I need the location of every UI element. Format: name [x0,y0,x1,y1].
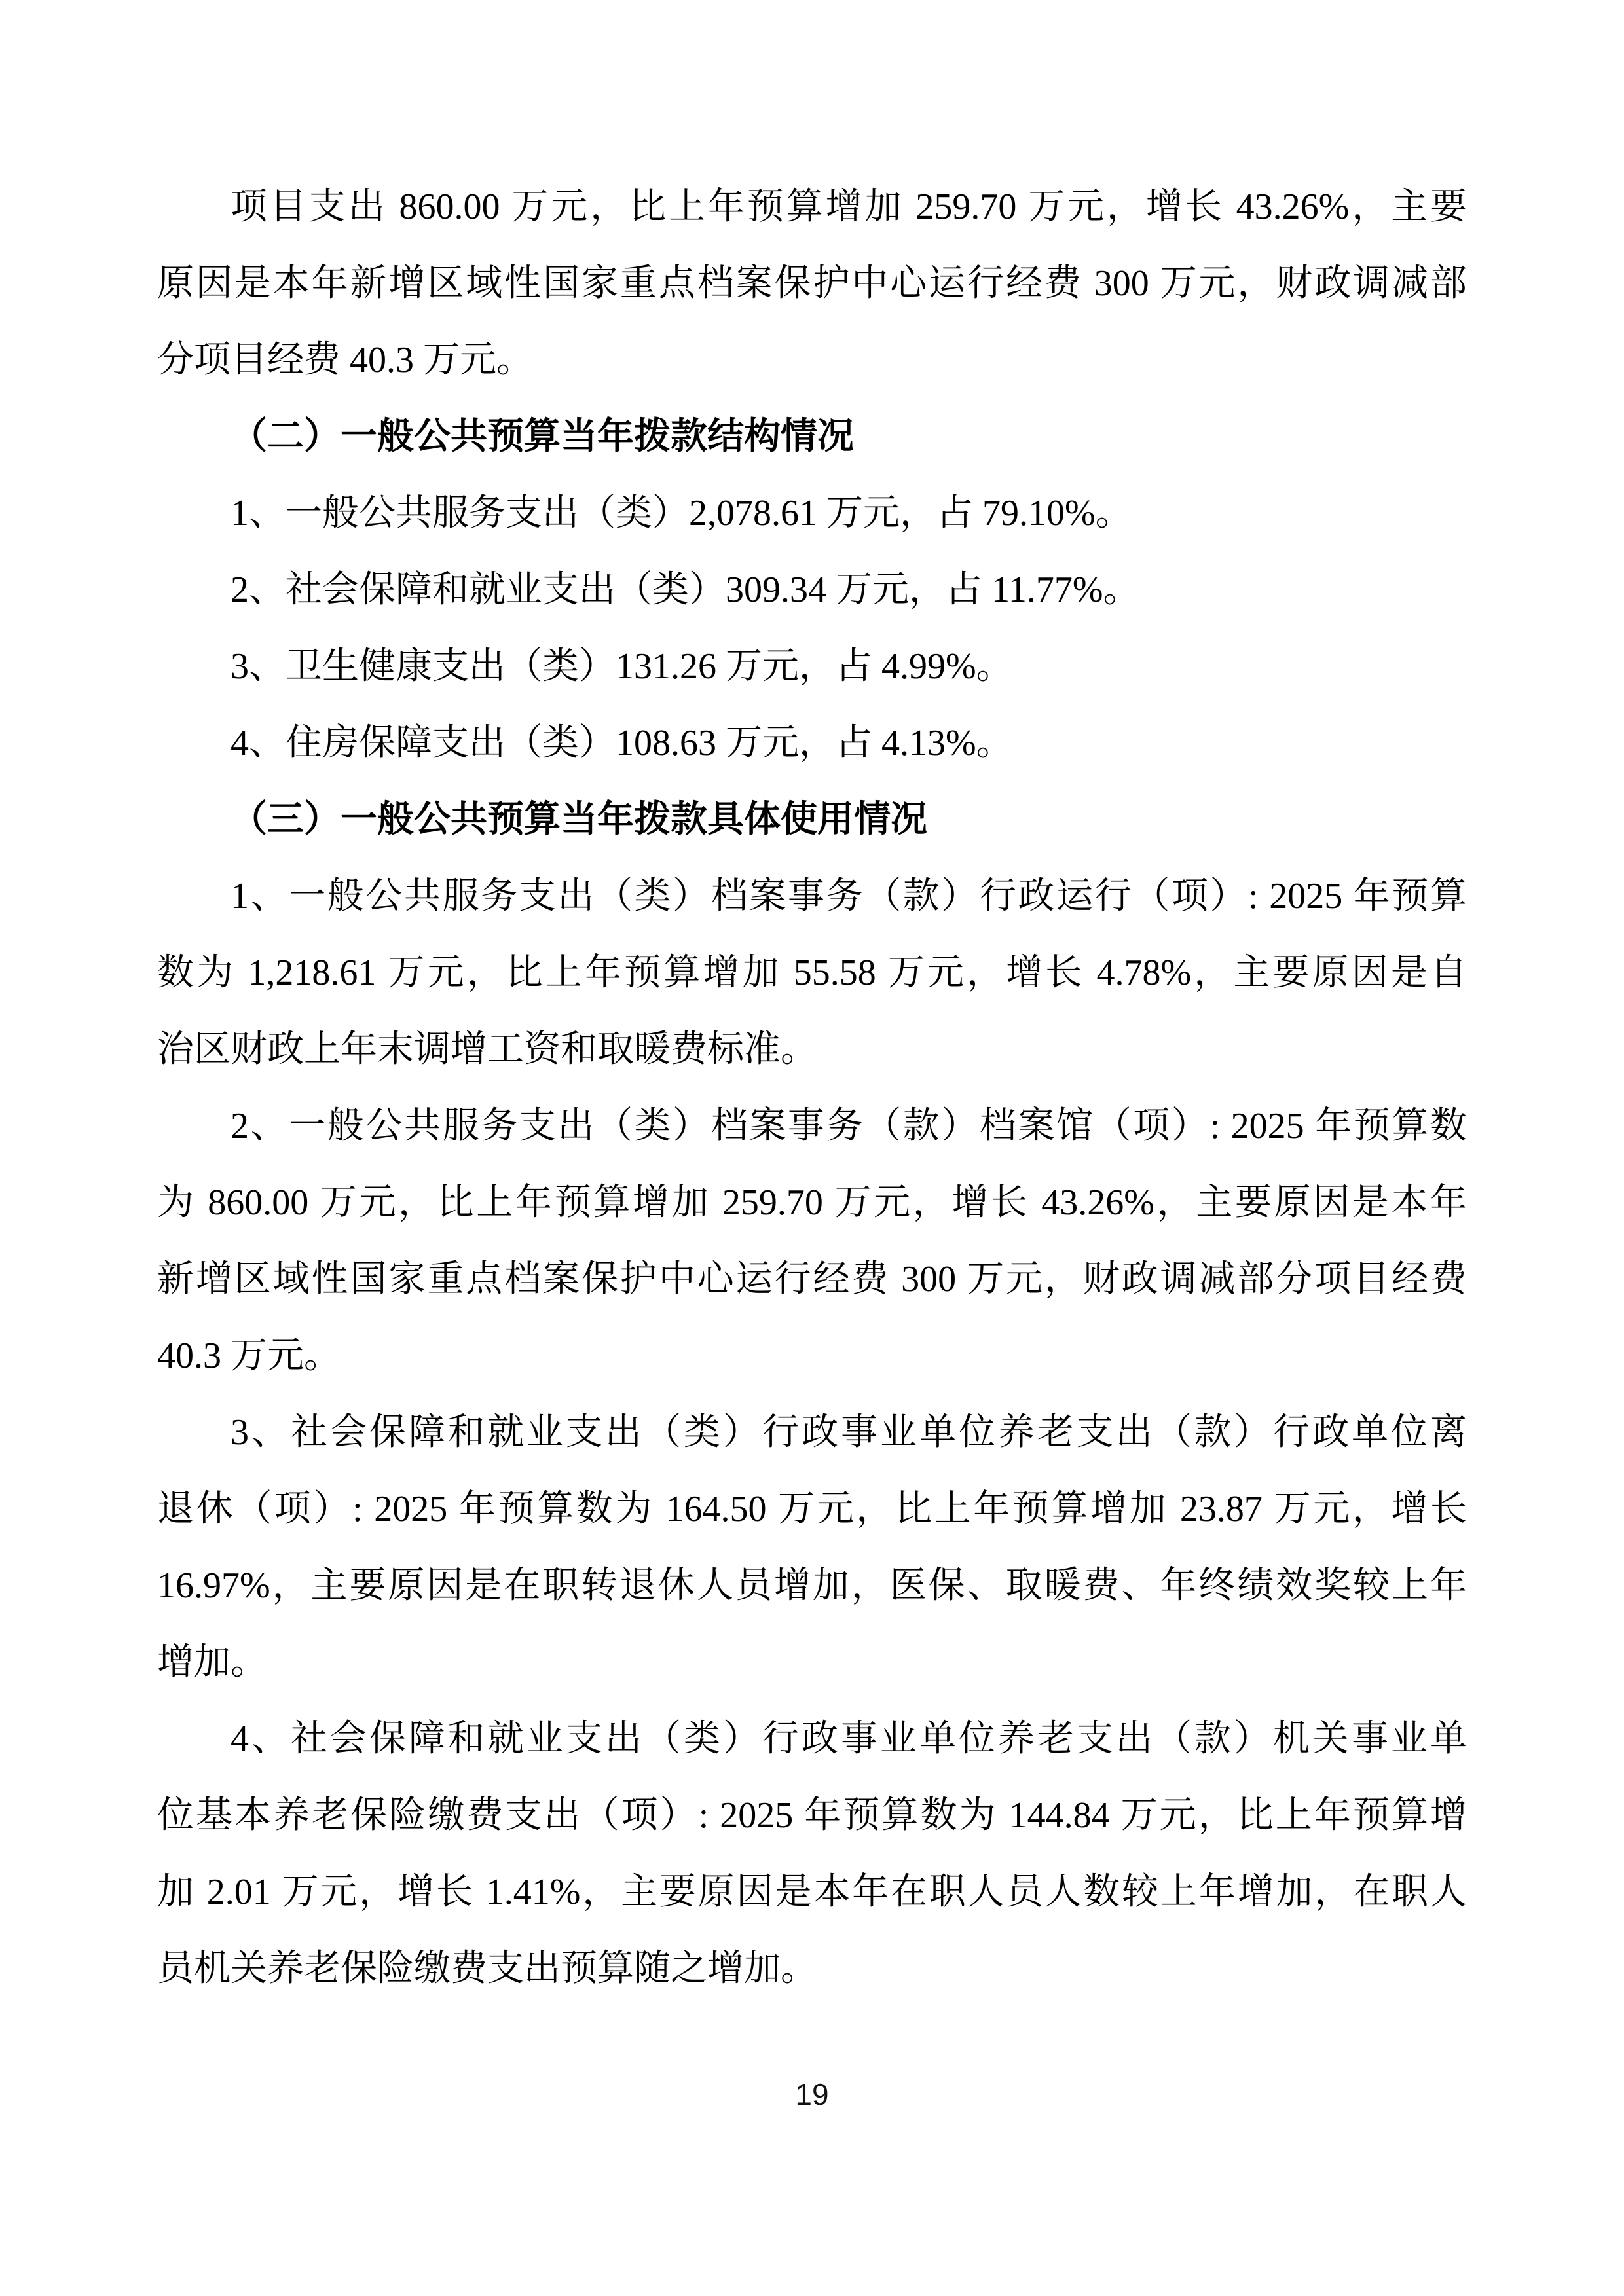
item-structure-1: 1、一般公共服务支出（类）2,078.61 万元，占 79.10%。 [157,475,1467,552]
text-line: 员机关养老保险缴费支出预算随之增加。 [157,1931,1467,2007]
text-line: 加 2.01 万元，增长 1.41%，主要原因是本年在职人员人数较上年增加，在职… [157,1854,1467,1931]
item-detail-4: 4、社会保障和就业支出（类）行政事业单位养老支出（款）机关事业单 位基本养老保险… [157,1701,1467,2007]
text-line: 位基本养老保险缴费支出（项）: 2025 年预算数为 144.84 万元，比上年… [157,1777,1467,1854]
para-project-expenditure: 项目支出 860.00 万元，比上年预算增加 259.70 万元，增长 43.2… [157,169,1467,399]
text-line: 3、卫生健康支出（类）131.26 万元，占 4.99%。 [157,629,1467,705]
text-line: 1、一般公共服务支出（类）2,078.61 万元，占 79.10%。 [157,475,1467,552]
item-detail-2: 2、一般公共服务支出（类）档案事务（款）档案馆（项）: 2025 年预算数 为 … [157,1088,1467,1394]
item-structure-4: 4、住房保障支出（类）108.63 万元，占 4.13%。 [157,705,1467,782]
text-line: 3、社会保障和就业支出（类）行政事业单位养老支出（款）行政单位离 [157,1394,1467,1471]
text-line: 增加。 [157,1624,1467,1701]
heading-section-2: （二）一般公共预算当年拨款结构情况 [157,399,1467,475]
item-structure-2: 2、社会保障和就业支出（类）309.34 万元，占 11.77%。 [157,552,1467,629]
item-structure-3: 3、卫生健康支出（类）131.26 万元，占 4.99%。 [157,629,1467,705]
text-line: 治区财政上年末调增工资和取暖费标准。 [157,1011,1467,1088]
text-line: 16.97%，主要原因是在职转退休人员增加，医保、取暖费、年终绩效奖较上年 [157,1548,1467,1624]
item-detail-1: 1、一般公共服务支出（类）档案事务（款）行政运行（项）: 2025 年预算 数为… [157,858,1467,1088]
text-line: 退休（项）: 2025 年预算数为 164.50 万元，比上年预算增加 23.8… [157,1471,1467,1548]
text-line: 新增区域性国家重点档案保护中心运行经费 300 万元，财政调减部分项目经费 [157,1241,1467,1318]
text-line: 2、一般公共服务支出（类）档案事务（款）档案馆（项）: 2025 年预算数 [157,1088,1467,1165]
item-detail-3: 3、社会保障和就业支出（类）行政事业单位养老支出（款）行政单位离 退休（项）: … [157,1394,1467,1701]
text-line: 4、住房保障支出（类）108.63 万元，占 4.13%。 [157,705,1467,782]
text-line: 项目支出 860.00 万元，比上年预算增加 259.70 万元，增长 43.2… [157,169,1467,246]
text-line: 原因是本年新增区域性国家重点档案保护中心运行经费 300 万元，财政调减部 [157,246,1467,322]
heading-section-3: （三）一般公共预算当年拨款具体使用情况 [157,782,1467,858]
heading-line: （三）一般公共预算当年拨款具体使用情况 [157,782,1467,858]
text-line: 2、社会保障和就业支出（类）309.34 万元，占 11.77%。 [157,552,1467,629]
text-line: 数为 1,218.61 万元，比上年预算增加 55.58 万元，增长 4.78%… [157,935,1467,1011]
a4-page: { "page": { "number": "19", "background_… [0,0,1624,2296]
text-line: 为 860.00 万元，比上年预算增加 259.70 万元，增长 43.26%，… [157,1165,1467,1241]
text-line: 1、一般公共服务支出（类）档案事务（款）行政运行（项）: 2025 年预算 [157,858,1467,935]
heading-line: （二）一般公共预算当年拨款结构情况 [157,399,1467,475]
text-line: 40.3 万元。 [157,1318,1467,1394]
document-body: 项目支出 860.00 万元，比上年预算增加 259.70 万元，增长 43.2… [157,169,1467,2007]
page-number: 19 [0,2079,1624,2109]
text-line: 4、社会保障和就业支出（类）行政事业单位养老支出（款）机关事业单 [157,1701,1467,1777]
text-line: 分项目经费 40.3 万元。 [157,322,1467,399]
